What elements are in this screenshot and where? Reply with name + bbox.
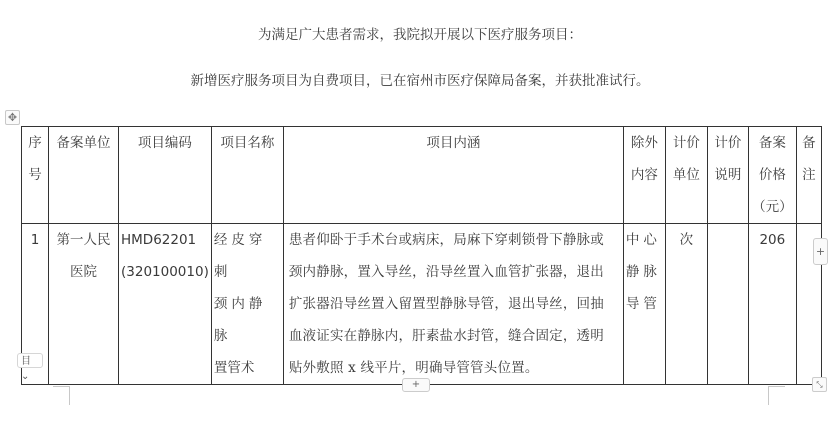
cell-price[interactable]: 206	[748, 224, 796, 385]
cell-exclusion[interactable]: 中心静脉导管	[623, 224, 665, 385]
add-column-icon[interactable]: +	[813, 238, 828, 265]
header-name[interactable]: 项目名称	[211, 127, 283, 224]
header-exclusion[interactable]: 除外内容	[623, 127, 665, 224]
header-code[interactable]: 项目编码	[119, 127, 212, 224]
cell-name[interactable]: 经皮穿刺颈内静脉置管术	[211, 224, 283, 385]
service-items-table: 序号 备案单位 项目编码 项目名称 项目内涵 除外内容 计价单位 计价说明 备案…	[21, 126, 822, 385]
table-move-handle-icon[interactable]: ✥	[5, 110, 20, 125]
intro-paragraph: 为满足广大患者需求，我院拟开展以下医疗服务项目：	[0, 23, 840, 43]
cell-code[interactable]: HMD62201(320100010)	[119, 224, 212, 385]
cell-pricing-unit[interactable]: 次	[665, 224, 707, 385]
row-options-icon[interactable]: 目 ⌄	[17, 353, 43, 368]
page-margin-corner-right	[768, 386, 785, 405]
header-remark[interactable]: 备注	[796, 127, 821, 224]
notice-paragraph: 新增医疗服务项目为自费项目，已在宿州市医疗保障局备案，并获批准试行。	[0, 69, 840, 89]
cell-pricing-note[interactable]	[707, 224, 748, 385]
header-pricing-note[interactable]: 计价说明	[707, 127, 748, 224]
header-unit[interactable]: 备案单位	[49, 127, 119, 224]
table-resize-icon[interactable]: ⤡	[812, 377, 827, 392]
header-pricing-unit[interactable]: 计价单位	[665, 127, 707, 224]
table-row: 1 第一人民医院 HMD62201(320100010) 经皮穿刺颈内静脉置管术…	[22, 224, 822, 385]
cell-unit[interactable]: 第一人民医院	[49, 224, 119, 385]
cell-content[interactable]: 患者仰卧于手术台或病床，局麻下穿刺锁骨下静脉或 颈内静脉，置入导丝，沿导丝置入血…	[283, 224, 623, 385]
header-index[interactable]: 序号	[22, 127, 49, 224]
header-price[interactable]: 备案价格（元）	[748, 127, 796, 224]
table-header-row: 序号 备案单位 项目编码 项目名称 项目内涵 除外内容 计价单位 计价说明 备案…	[22, 127, 822, 224]
page-margin-corner-left	[53, 386, 70, 405]
add-row-icon[interactable]: +	[402, 378, 430, 392]
header-content[interactable]: 项目内涵	[283, 127, 623, 224]
